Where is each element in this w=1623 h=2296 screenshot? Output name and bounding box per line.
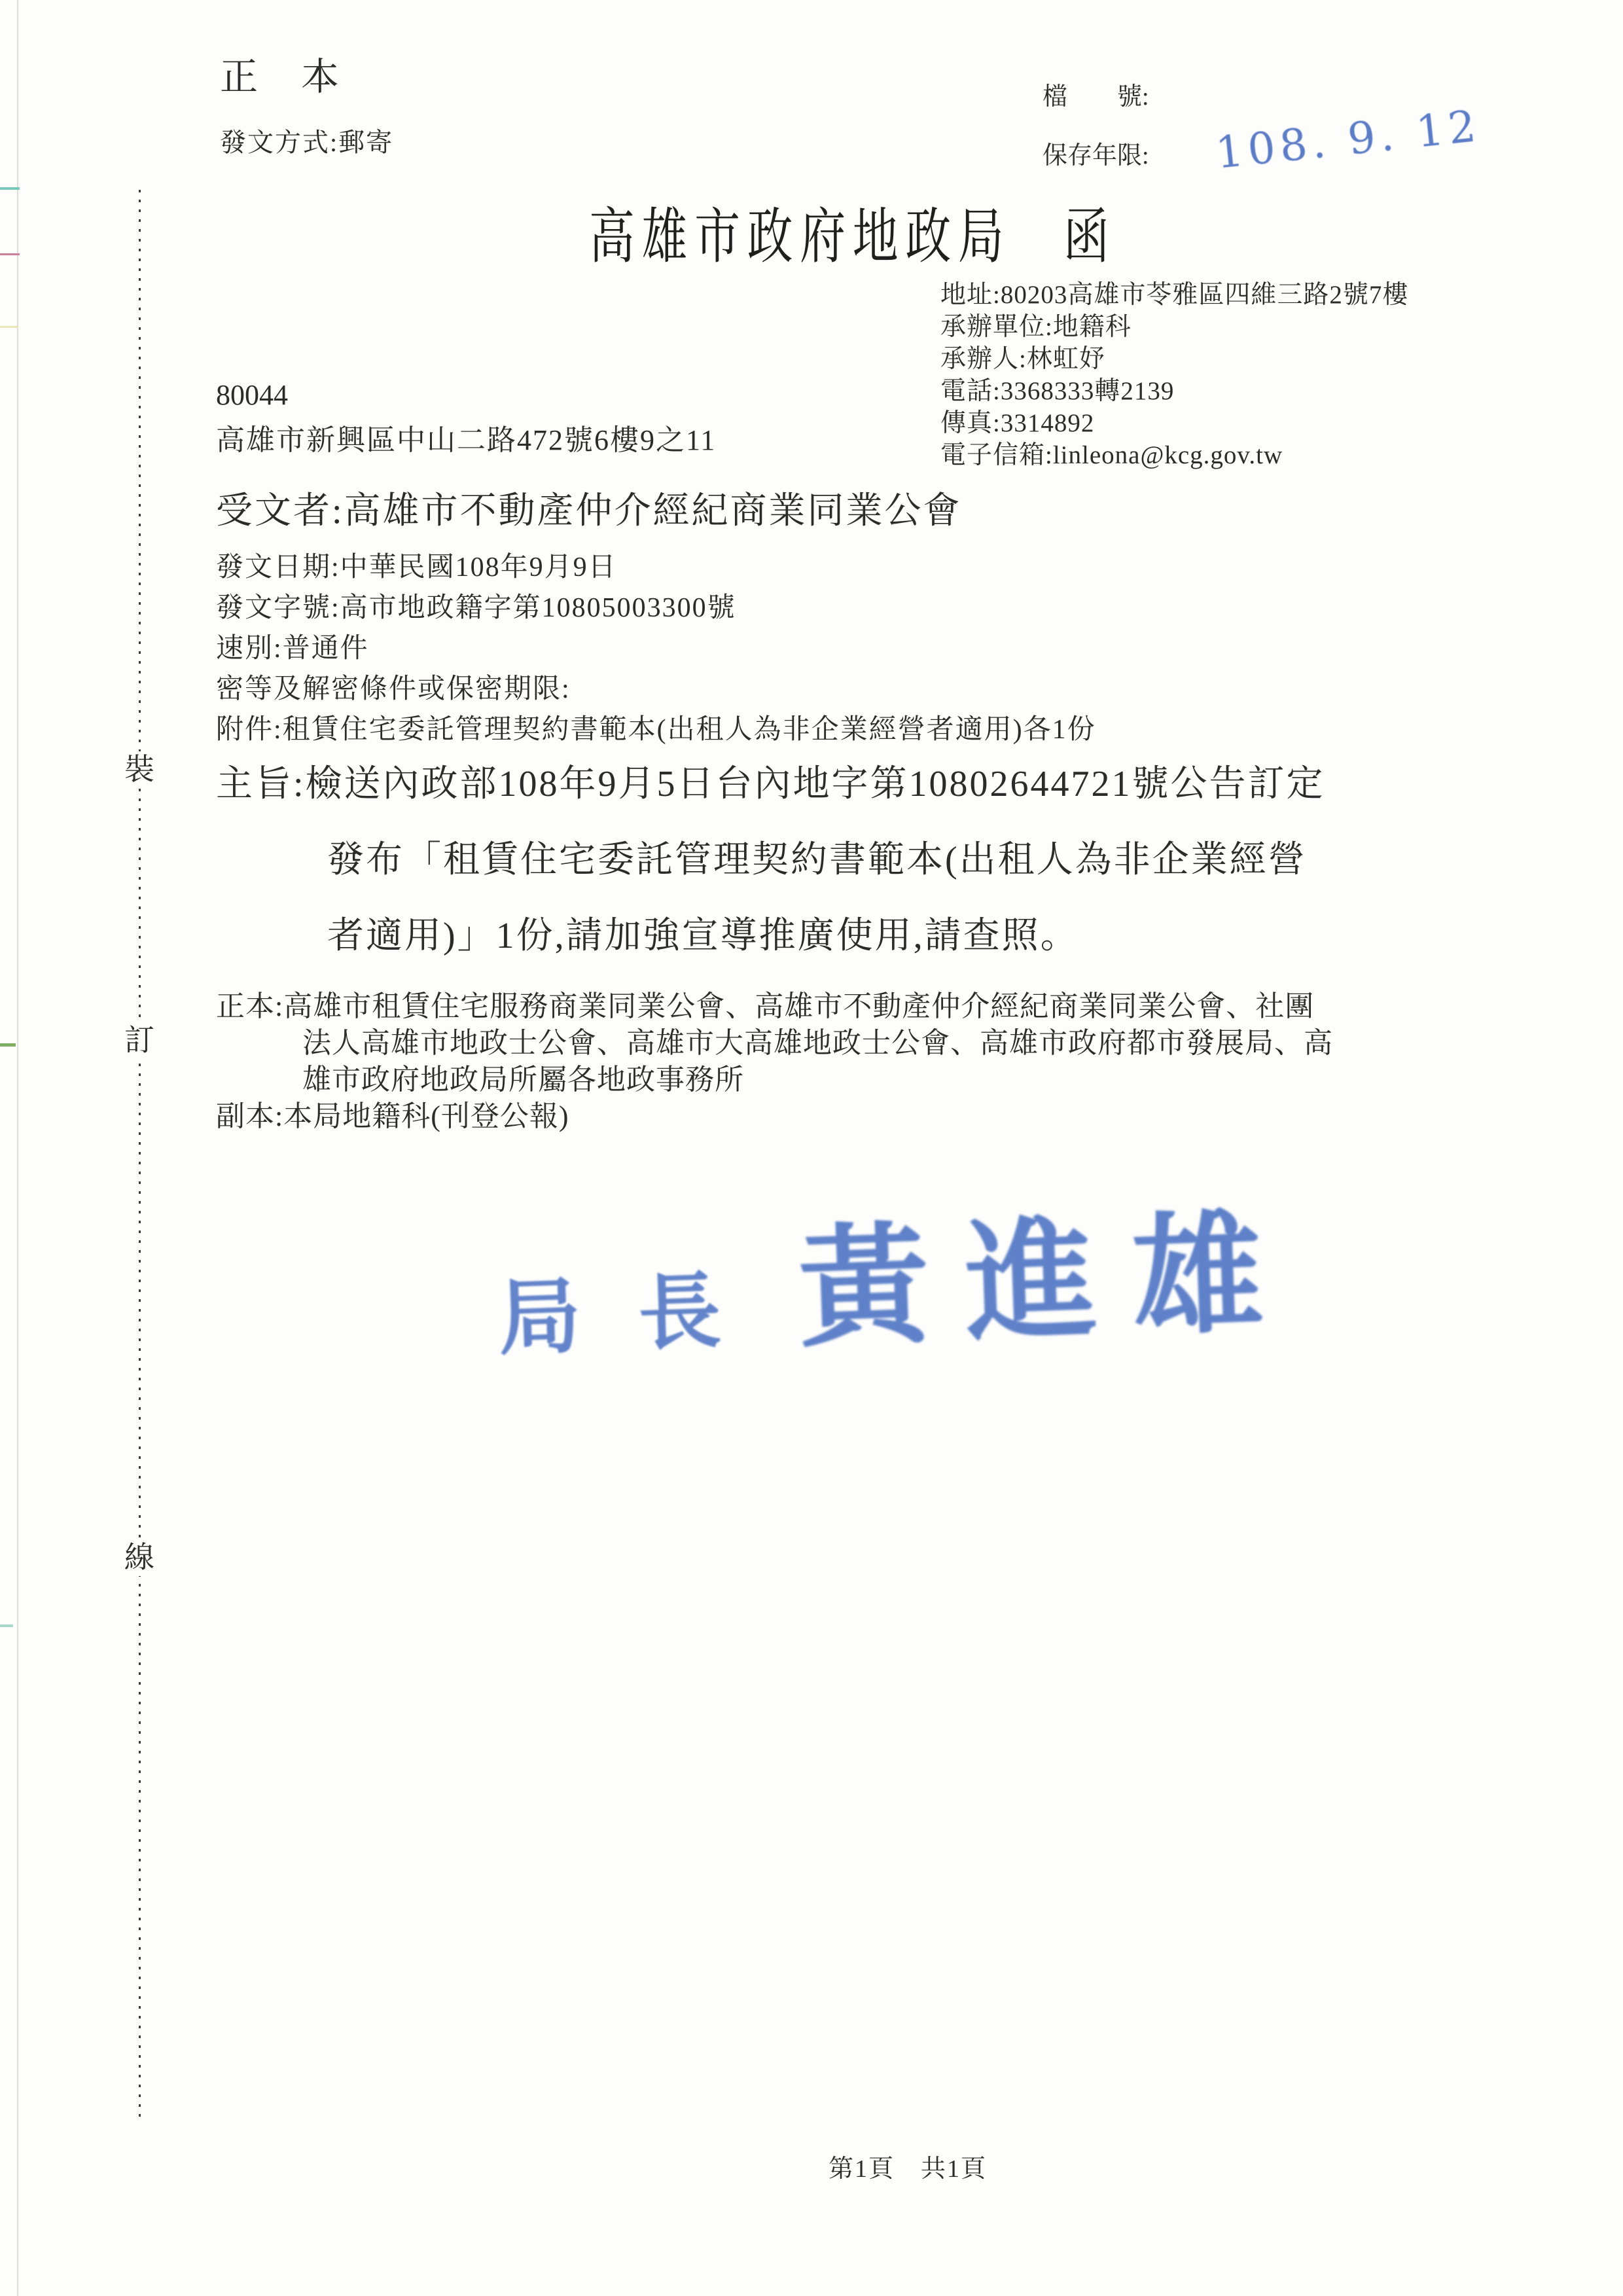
distribution-block: 正本:高雄市租賃住宅服務商業同業公會、高雄市不動產仲介經紀商業同業公會、社團 法…	[216, 988, 1333, 1135]
recipient-line: 受文者:高雄市不動產仲介經紀商業同業公會	[216, 482, 962, 534]
sender-address: 地址:80203高雄市苓雅區四維三路2號7樓	[940, 279, 1408, 311]
seal-title: 局長	[496, 1243, 780, 1371]
scan-artifact	[0, 253, 20, 255]
issue-number-line: 發文字號:高市地政籍字第10805003300號	[216, 588, 1096, 628]
document-meta-block: 發文日期:中華民國108年9月9日 發文字號:高市地政籍字第1080500330…	[216, 547, 1096, 750]
director-seal-stamp: 局長 黃進雄	[494, 1164, 1338, 1402]
subject-line: 者適用)」1份,請加強宣導推廣使用,請查照。	[327, 910, 1325, 986]
attachment-line: 附件:租賃住宅委託管理契約書範本(出租人為非企業經營者適用)各1份	[216, 709, 1096, 750]
copy-to-line: 副本:本局地籍科(刊登公報)	[216, 1098, 1333, 1135]
scan-artifact	[0, 187, 20, 190]
page-footer: 第1頁 共1頁	[829, 2148, 987, 2184]
scanned-letter-page: 裝 訂 線 正 本 發文方式:郵寄 檔 號: 保存年限: 108. 9. 12 …	[0, 0, 1623, 2296]
sender-fax: 傳真:3314892	[940, 407, 1408, 439]
document-title: 高雄市政府地政局 函	[589, 188, 1116, 275]
seal-name: 黃進雄	[795, 1168, 1302, 1373]
scan-artifact	[0, 1624, 13, 1627]
subject-line: 主旨:檢送內政部108年9月5日台內地字第10802644721號公告訂定	[216, 758, 1325, 834]
sender-email: 電子信箱:linleona@kcg.gov.tw	[940, 439, 1408, 471]
sender-officer: 承辦人:林虹妤	[940, 343, 1408, 375]
distribution-line: 法人高雄市地政士公會、高雄市大高雄地政士公會、高雄市政府都市發展局、高	[302, 1025, 1333, 1062]
recipient-postal-code: 80044	[216, 378, 288, 412]
copy-type-label: 正 本	[220, 46, 342, 101]
recipient-address: 高雄市新興區中山二路472號6樓9之11	[216, 416, 716, 458]
distribution-line: 雄市政府地政局所屬各地政事務所	[302, 1062, 1333, 1098]
sender-info-block: 地址:80203高雄市苓雅區四維三路2號7樓 承辦單位:地籍科 承辦人:林虹妤 …	[940, 279, 1408, 471]
subject-block: 主旨:檢送內政部108年9月5日台內地字第10802644721號公告訂定 發布…	[216, 758, 1325, 986]
binding-mark-zhuang: 裝	[123, 751, 156, 788]
retention-period-label: 保存年限:	[1043, 135, 1149, 171]
scan-artifact	[0, 326, 18, 328]
subject-line: 發布「租賃住宅委託管理契約書範本(出租人為非企業經營	[327, 834, 1325, 910]
delivery-method-label: 發文方式:郵寄	[220, 122, 393, 159]
date-received-stamp: 108. 9. 12	[1213, 101, 1483, 179]
binding-mark-xian: 線	[123, 1539, 156, 1576]
security-class-line: 密等及解密條件或保密期限:	[216, 669, 1096, 709]
scan-artifact	[17, 0, 18, 2296]
sender-phone: 電話:3368333轉2139	[940, 375, 1408, 407]
binding-mark-ding: 訂	[123, 1022, 156, 1059]
speed-class-line: 速別:普通件	[216, 628, 1096, 669]
file-number-label: 檔 號:	[1043, 76, 1149, 112]
sender-unit: 承辦單位:地籍科	[940, 311, 1408, 343]
scan-artifact	[0, 1043, 16, 1047]
distribution-line: 正本:高雄市租賃住宅服務商業同業公會、高雄市不動產仲介經紀商業同業公會、社團	[216, 988, 1333, 1025]
binding-dotted-line	[139, 190, 141, 2117]
issue-date-line: 發文日期:中華民國108年9月9日	[216, 547, 1096, 588]
